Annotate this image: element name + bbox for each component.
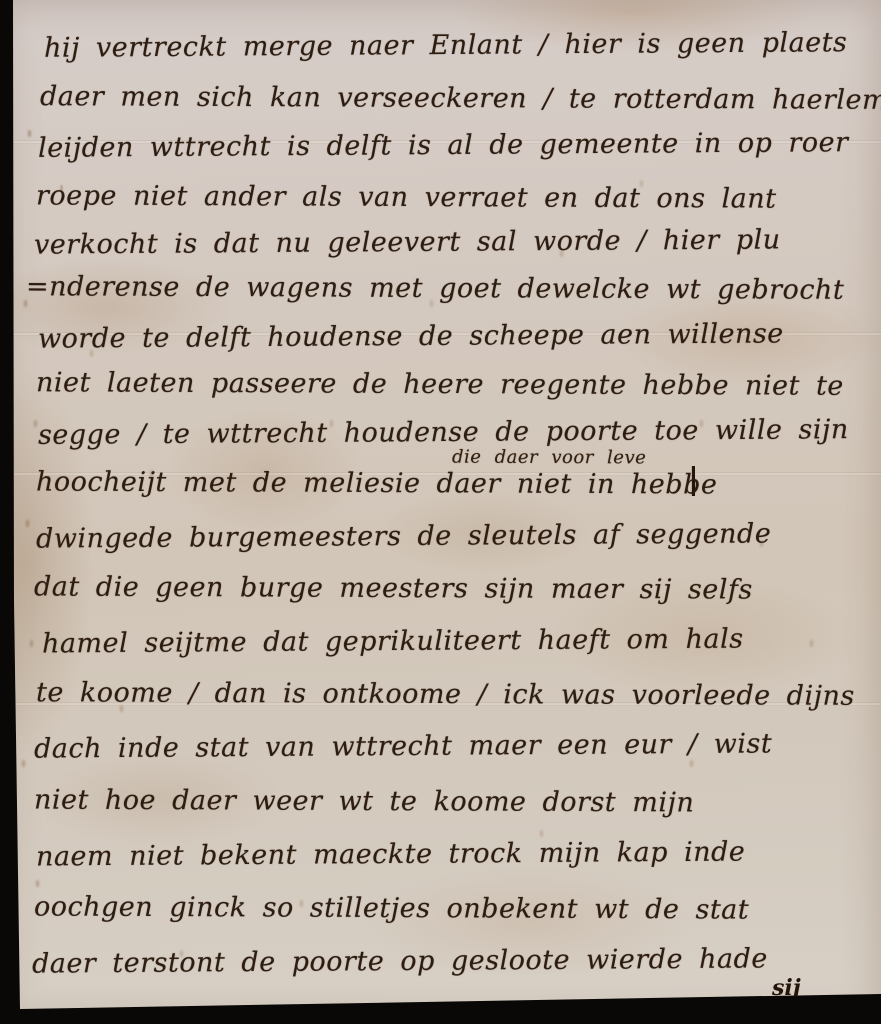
catchword: sij: [772, 975, 801, 1001]
letter-page: hij vertreckt merge naer Enlant / hier i…: [0, 0, 881, 1024]
manuscript-line: oochgen ginck so stilletjes onbekent wt …: [34, 891, 749, 925]
manuscript-line: verkocht is dat nu geleevert sal worde /…: [34, 224, 781, 260]
manuscript-line: naem niet bekent maeckte trock mijn kap …: [36, 837, 746, 873]
manuscript-line: dwingede burgemeesters de sleutels af se…: [36, 518, 771, 554]
manuscript-line: daer terstont de poorte op gesloote wier…: [32, 943, 768, 979]
manuscript-line: daer men sich kan verseeckeren / te rott…: [40, 81, 881, 116]
manuscript-line: hij vertreckt merge naer Enlant / hier i…: [44, 27, 848, 64]
manuscript-line: leijden wttrecht is delft is al de gemee…: [38, 127, 849, 164]
manuscript-line: worde te delft houdense de scheepe aen w…: [38, 318, 784, 354]
manuscript-line: roepe niet ander als van verraet en dat …: [36, 180, 777, 214]
manuscript-line: te koome / dan is ontkoome / ick was voo…: [36, 677, 855, 712]
manuscript-line: hamel seijtme dat geprikuliteert haeft o…: [42, 624, 744, 660]
manuscript-line: hoocheijt met de meliesie daer niet in h…: [36, 467, 718, 501]
manuscript-line: niet hoe daer weer wt te koome dorst mij…: [34, 785, 694, 819]
manuscript-scan: hij vertreckt merge naer Enlant / hier i…: [0, 0, 881, 1024]
interlinear-insertion: die daer voor leve: [452, 447, 646, 469]
handwritten-text: hij vertreckt merge naer Enlant / hier i…: [0, 0, 881, 1024]
manuscript-line: niet laeten passeere de heere reegente h…: [36, 367, 844, 402]
manuscript-line: dach inde stat van wttrecht maer een eur…: [34, 728, 772, 764]
manuscript-line: segge / te wttrecht houdense de poorte t…: [38, 414, 849, 451]
manuscript-line: =nderense de wagens met goet dewelcke wt…: [26, 271, 844, 306]
paper-stain-specks: [0, 0, 3, 7]
manuscript-line: dat die geen burge meesters sijn maer si…: [34, 571, 753, 605]
